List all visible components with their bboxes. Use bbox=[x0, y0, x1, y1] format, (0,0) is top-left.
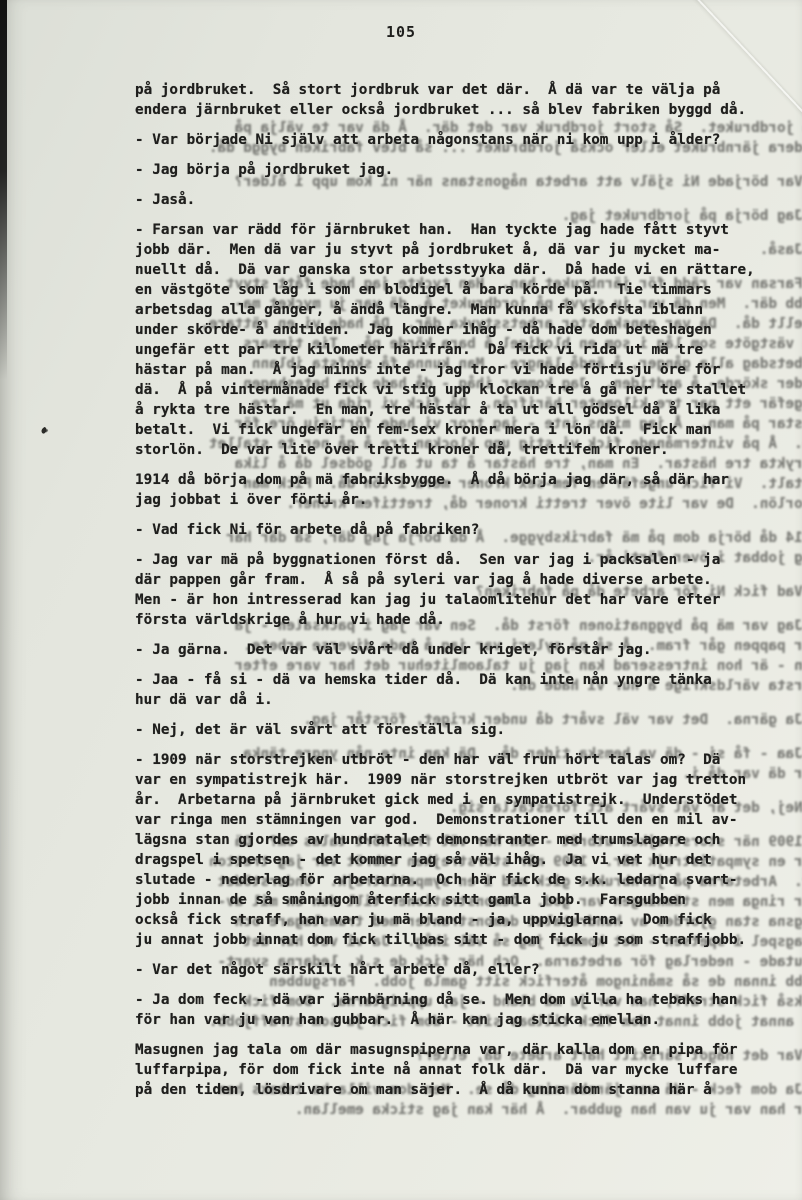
scan-edge-shadow bbox=[0, 0, 7, 380]
paragraph: - Ja dom feck - dä var järnbärning då se… bbox=[135, 990, 775, 1030]
page-body: på jordbruket. Så stort jordbruk var det… bbox=[135, 80, 775, 1110]
paragraph: - 1909 när storstrejken utbröt - den har… bbox=[135, 750, 775, 950]
paragraph: Masugnen jag tala om där masugnspiperna … bbox=[135, 1040, 775, 1100]
paragraph: - Var började Ni själv att arbeta någons… bbox=[135, 130, 775, 150]
paragraph: - Ja gärna. Det var väl svårt då under k… bbox=[135, 640, 775, 660]
paragraph: - Var det något särskilt hårt arbete då,… bbox=[135, 960, 775, 980]
paragraph: - Jaså. bbox=[135, 190, 775, 210]
paragraph: - Jaa - få si - dä va hemska tider då. D… bbox=[135, 670, 775, 710]
page-number: 105 bbox=[0, 23, 802, 41]
paragraph: på jordbruket. Så stort jordbruk var det… bbox=[135, 80, 775, 120]
paragraph: - Vad fick Ni för arbete då på fabriken? bbox=[135, 520, 775, 540]
scanned-page: på jordbruket. Så stort jordbruk var det… bbox=[0, 0, 802, 1200]
paragraph: - Nej, det är väl svårt att föreställa s… bbox=[135, 720, 775, 740]
ink-speck bbox=[40, 427, 48, 435]
paragraph: - Jag börja på jordbruket jag. bbox=[135, 160, 775, 180]
paragraph: - Jag var mä på byggnationen först då. S… bbox=[135, 550, 775, 630]
paragraph: - Farsan var rädd för järnbruket han. Ha… bbox=[135, 220, 775, 460]
paragraph: 1914 då börja dom på mä fabriksbygge. Å … bbox=[135, 470, 775, 510]
